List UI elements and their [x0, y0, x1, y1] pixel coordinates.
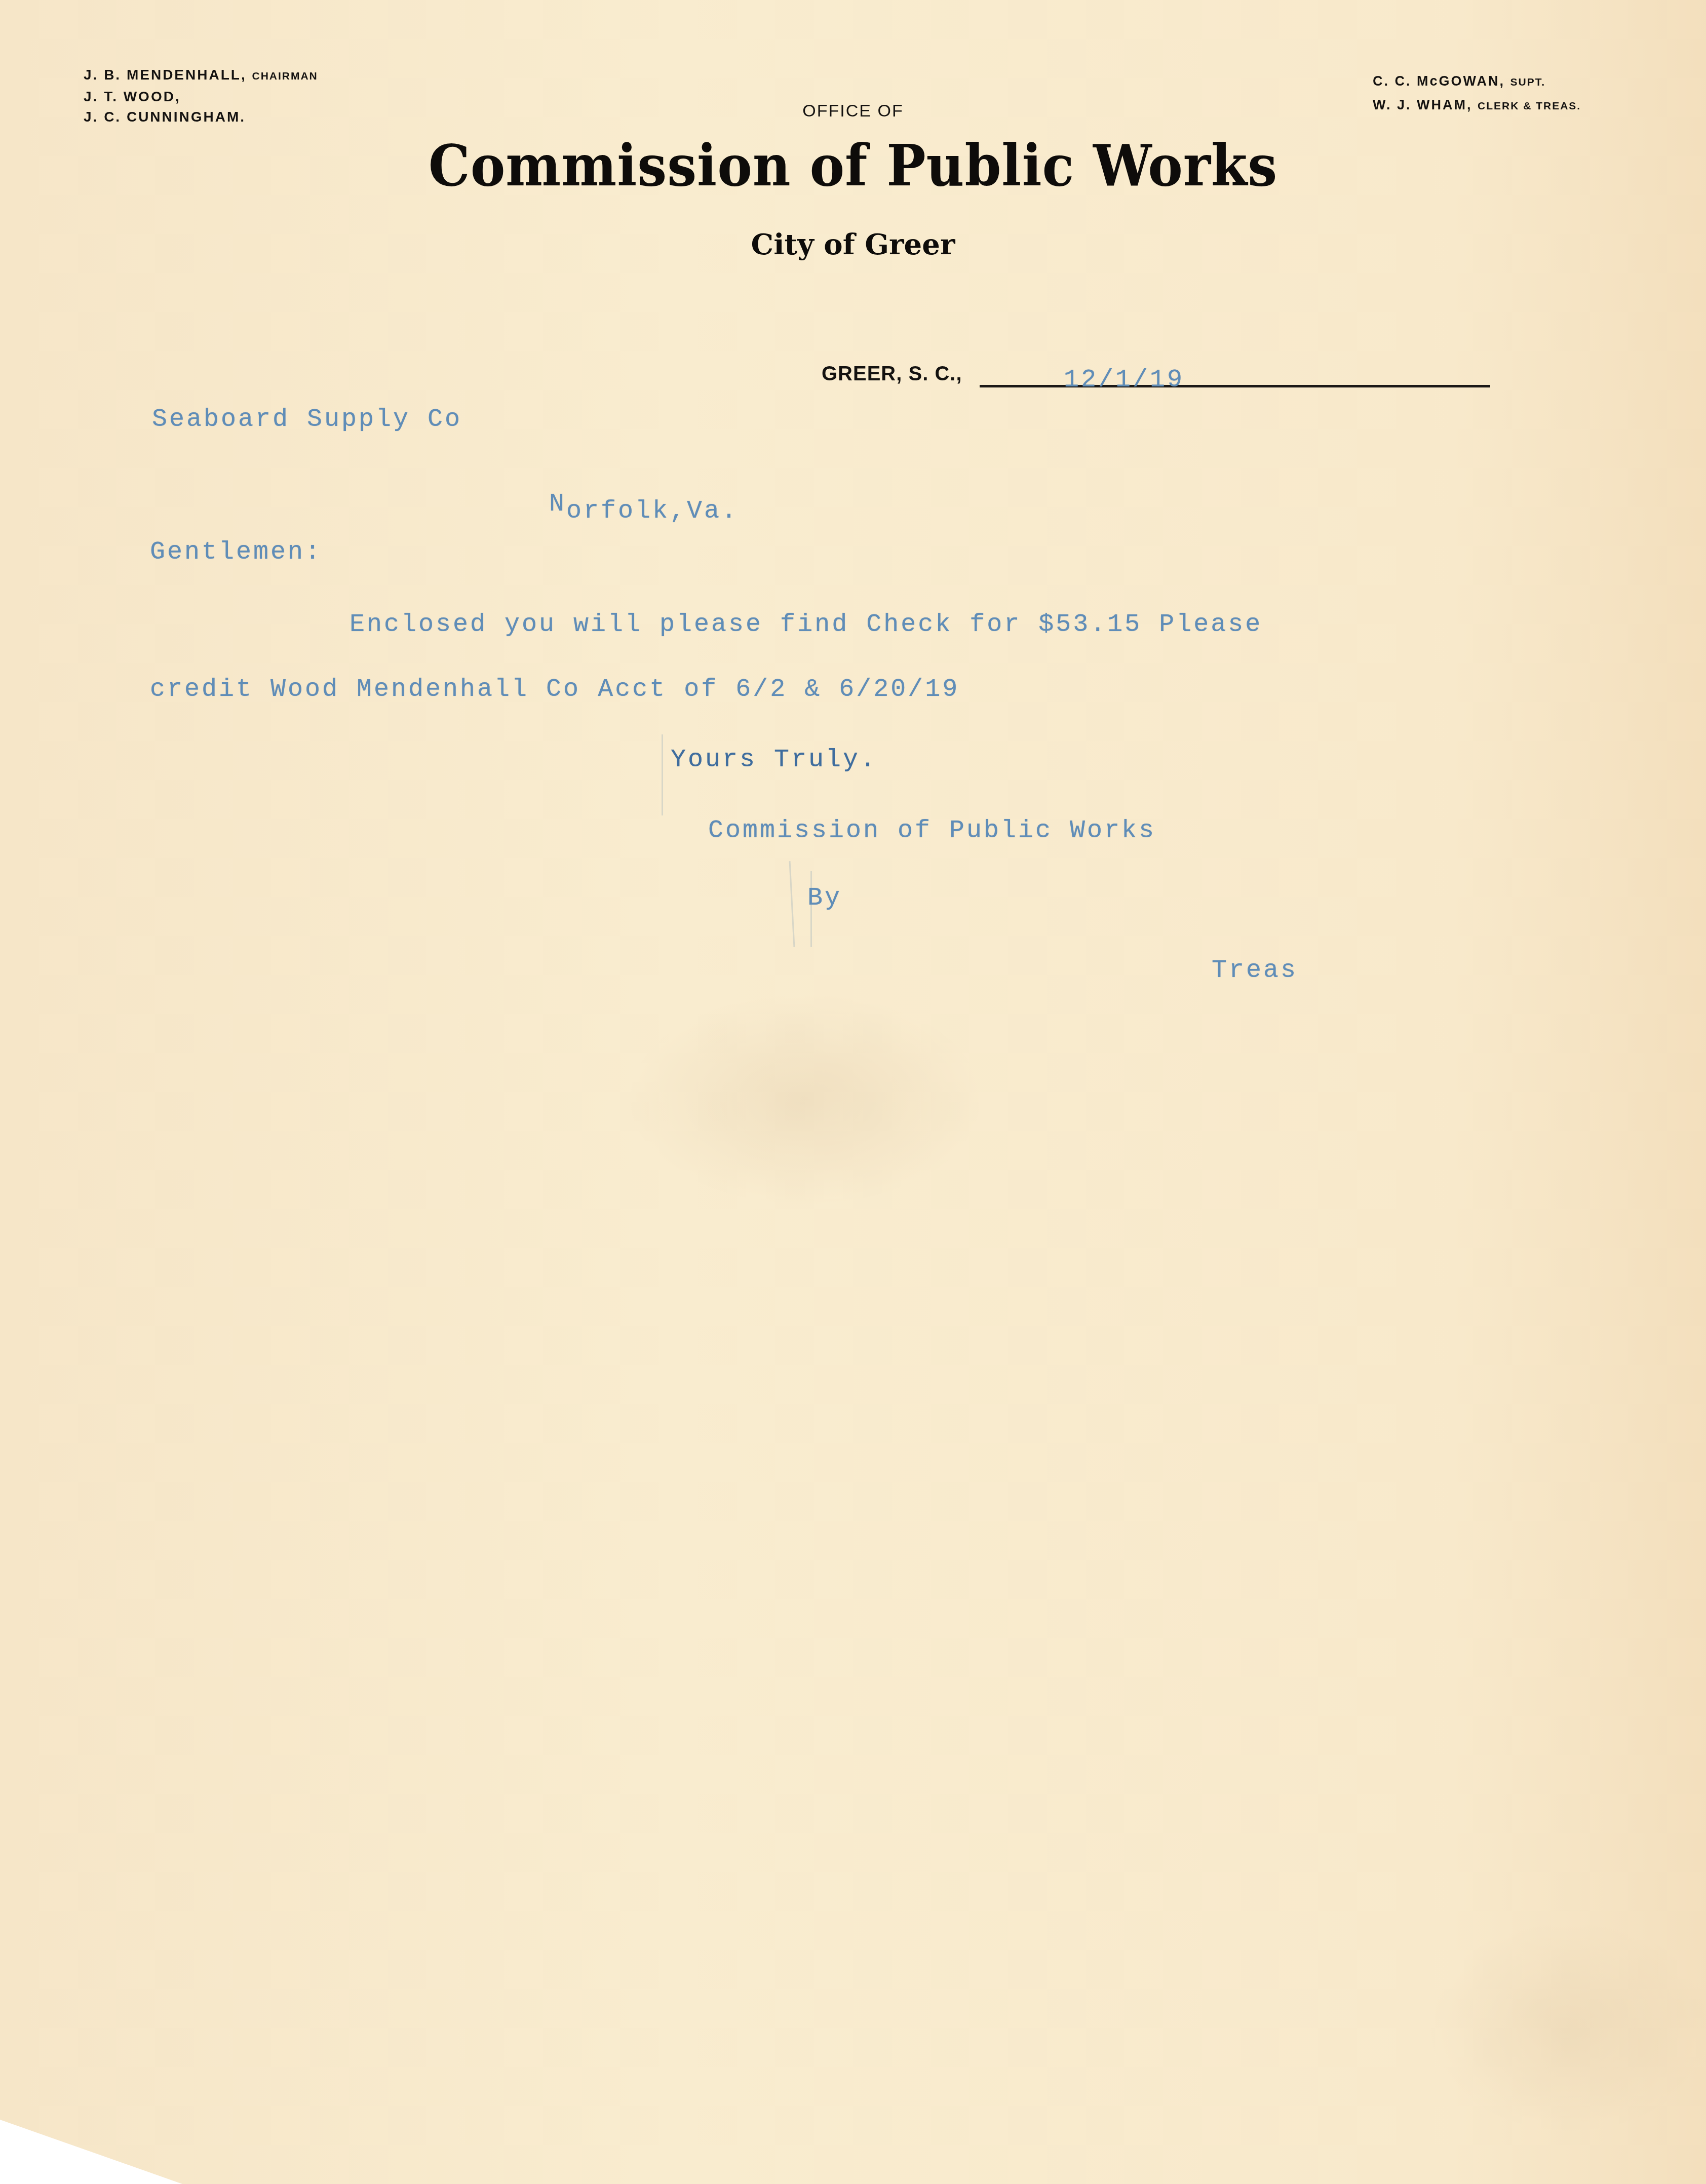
dateline: GREER, S. C., 12/1/19 — [822, 360, 1490, 390]
signature-title: Treas — [1212, 956, 1298, 985]
letterhead-subtitle: City of Greer — [0, 228, 1706, 261]
pencil-mark — [662, 734, 663, 815]
city-rest: orfolk,Va. — [566, 497, 739, 526]
commissioner-line: J. B. MENDENHALL, CHAIRMAN — [84, 65, 318, 87]
salutation: Gentlemen: — [150, 538, 322, 567]
date-rule — [980, 385, 1490, 387]
place-label: GREER, S. C., — [822, 363, 962, 385]
letter-date: 12/1/19 — [1064, 366, 1184, 395]
letterhead-title: Commission of Public Works — [68, 133, 1638, 199]
body-line-1: Enclosed you will please find Check for … — [350, 610, 1262, 639]
body-line-2: credit Wood Mendenhall Co Acct of 6/2 & … — [150, 675, 959, 704]
officer-line: C. C. McGOWAN, SUPT. — [1373, 70, 1581, 94]
signature-organization: Commission of Public Works — [708, 816, 1156, 845]
city-initial: N — [549, 490, 566, 519]
by-label: By — [807, 884, 842, 913]
office-of-label: OFFICE OF — [0, 101, 1706, 121]
letter-paper — [0, 0, 1706, 2184]
closing: Yours Truly. — [671, 746, 877, 774]
recipient-name: Seaboard Supply Co — [152, 405, 462, 434]
recipient-city: Norfolk,Va. — [515, 468, 739, 526]
